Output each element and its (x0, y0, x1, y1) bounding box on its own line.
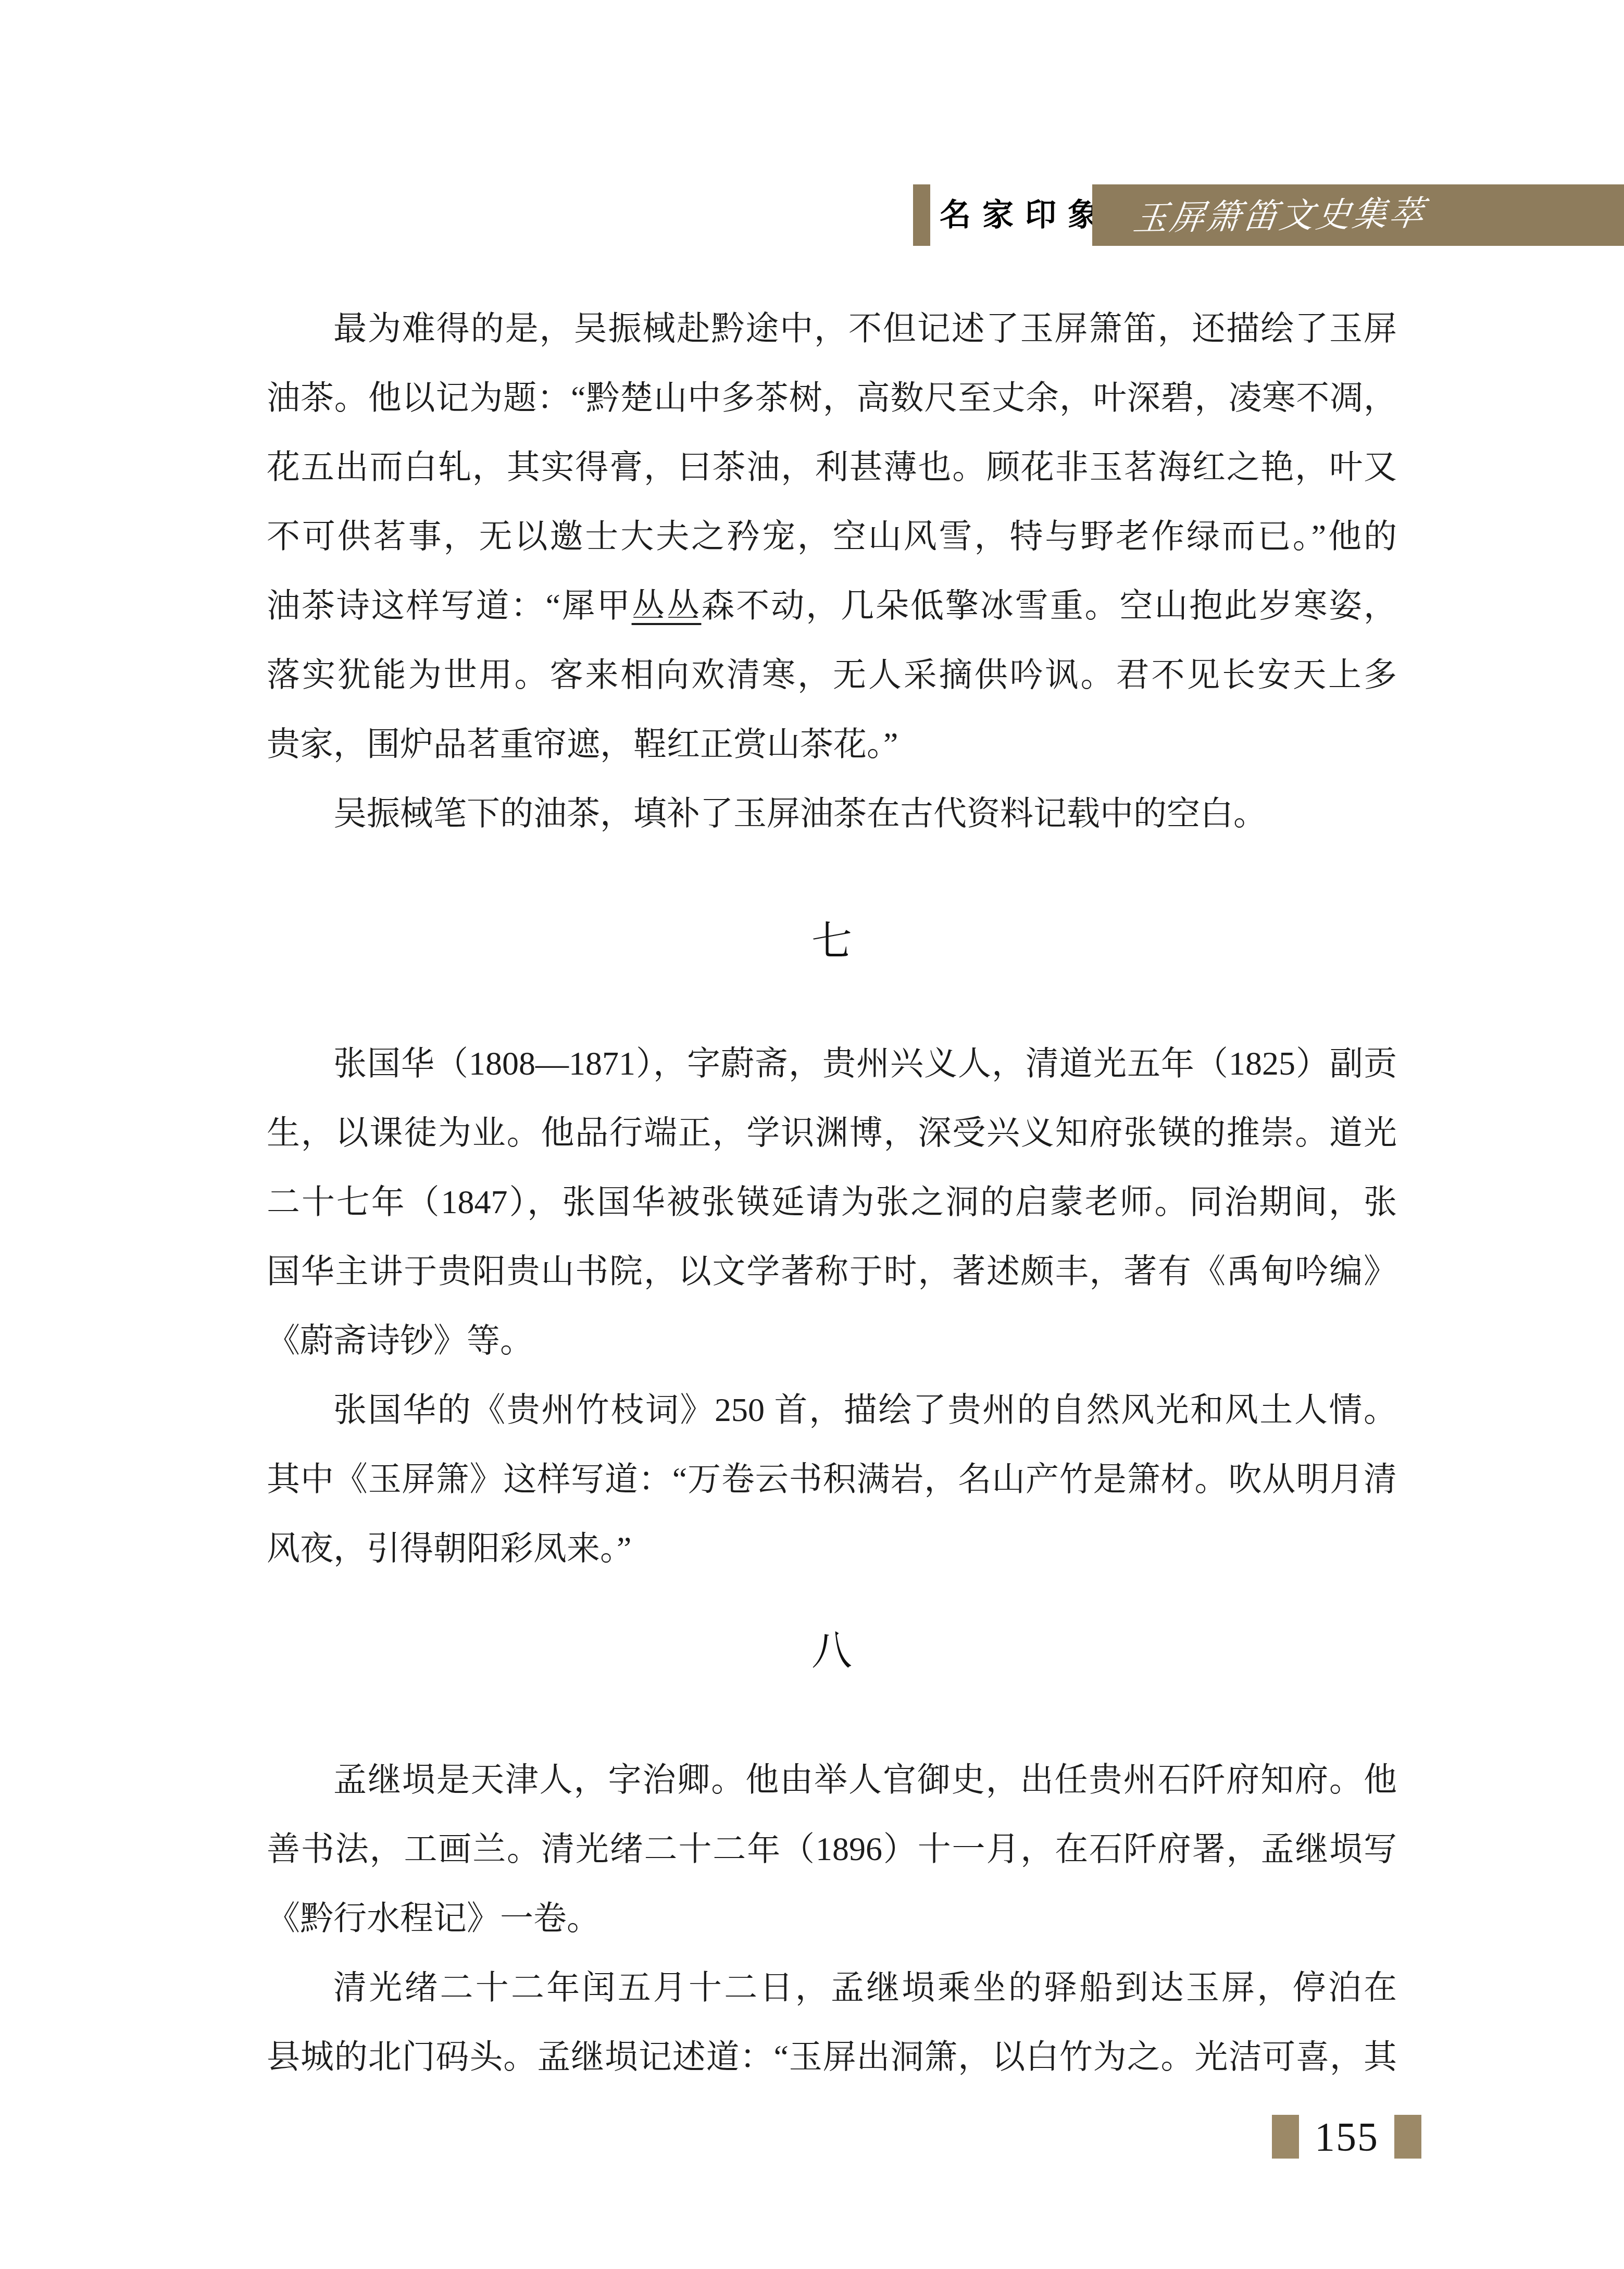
text-line: 吴振棫笔下的油茶，填补了玉屏油茶在古代资料记载中的空白。 (267, 779, 1397, 848)
paragraph: 最为难得的是，吴振棫赴黔途中，不但记述了玉屏箫笛，还描绘了玉屏油茶。他以记为题：… (267, 294, 1397, 779)
text-line: 张国华（1808—1871），字蔚斋，贵州兴义人，清道光五年（1825）副贡 (267, 1029, 1397, 1098)
page-number: 155 (1315, 2115, 1379, 2159)
text-line: 油茶诗这样写道：“犀甲丛丛森不动，几朵低擎冰雪重。空山抱此岁寒姿， (267, 571, 1397, 640)
text-line: 贵家，围炉品茗重帘遮，鞓红正赏山茶花。” (267, 709, 1397, 779)
text-line: 清光绪二十二年闰五月十二日，孟继埙乘坐的驿船到达玉屏，停泊在 (267, 1953, 1397, 2022)
text-line: 县城的北门码头。孟继埙记述道：“玉屏出洞箫，以白竹为之。光洁可喜，其 (267, 2022, 1397, 2091)
text-line: 生，以课徒为业。他品行端正，学识渊博，深受兴义知府张锳的推崇。道光 (267, 1098, 1397, 1167)
section-heading: 八 (267, 1610, 1397, 1693)
text-line: 《蔚斋诗钞》等。 (267, 1306, 1397, 1375)
text-line: 二十七年（1847），张国华被张锳延请为张之洞的启蒙老师。同治期间，张 (267, 1167, 1397, 1237)
paragraph: 清光绪二十二年闰五月十二日，孟继埙乘坐的驿船到达玉屏，停泊在县城的北门码头。孟继… (267, 1953, 1397, 2091)
paragraph: 张国华（1808—1871），字蔚斋，贵州兴义人，清道光五年（1825）副贡生，… (267, 1029, 1397, 1375)
text-line: 落实犹能为世用。客来相向欢清寒，无人采摘供吟讽。君不见长安天上多 (267, 640, 1397, 709)
text-line: 风夜，引得朝阳彩凤来。” (267, 1514, 1397, 1583)
footer-right-square-icon (1394, 2115, 1421, 2159)
body-blocks: 最为难得的是，吴振棫赴黔途中，不但记述了玉屏箫笛，还描绘了玉屏油茶。他以记为题：… (0, 0, 1624, 2269)
text-line: 张国华的《贵州竹枝词》250 首，描绘了贵州的自然风光和风土人情。 (267, 1375, 1397, 1444)
text-line: 花五出而白轧，其实得膏，曰茶油，利甚薄也。顾花非玉茗海红之艳，叶又 (267, 432, 1397, 502)
text-line: 不可供茗事，无以邀士大夫之矜宠，空山风雪，特与野老作绿而已。”他的 (267, 502, 1397, 571)
footer-left-square-icon (1272, 2115, 1299, 2159)
text-line: 最为难得的是，吴振棫赴黔途中，不但记述了玉屏箫笛，还描绘了玉屏 (267, 294, 1397, 363)
paragraph: 张国华的《贵州竹枝词》250 首，描绘了贵州的自然风光和风土人情。其中《玉屏箫》… (267, 1375, 1397, 1583)
paragraph: 孟继埙是天津人，字治卿。他由举人官御史，出任贵州石阡府知府。他善书法，工画兰。清… (267, 1745, 1397, 1953)
text-line: 善书法，工画兰。清光绪二十二年（1896）十一月，在石阡府署，孟继埙写成 (267, 1814, 1397, 1884)
text-line: 国华主讲于贵阳贵山书院，以文学著称于时，著述颇丰，著有《禹甸吟编》 (267, 1237, 1397, 1306)
paragraph: 吴振棫笔下的油茶，填补了玉屏油茶在古代资料记载中的空白。 (267, 779, 1397, 848)
text-line: 其中《玉屏箫》这样写道：“万卷云书积满岩，名山产竹是箫材。吹从明月清 (267, 1444, 1397, 1514)
text-line: 孟继埙是天津人，字治卿。他由举人官御史，出任贵州石阡府知府。他 (267, 1745, 1397, 1814)
text-line: 《黔行水程记》一卷。 (267, 1884, 1397, 1953)
page-footer: 155 (1272, 2115, 1421, 2159)
text-line: 油茶。他以记为题：“黔楚山中多茶树，高数尺至丈余，叶深碧，凌寒不凋， (267, 363, 1397, 432)
book-page: 名家印象 玉屏箫笛文史集萃 最为难得的是，吴振棫赴黔途中，不但记述了玉屏箫笛，还… (0, 0, 1624, 2269)
section-heading: 七 (267, 900, 1397, 983)
emphasis-underline: 丛丛 (632, 587, 702, 624)
